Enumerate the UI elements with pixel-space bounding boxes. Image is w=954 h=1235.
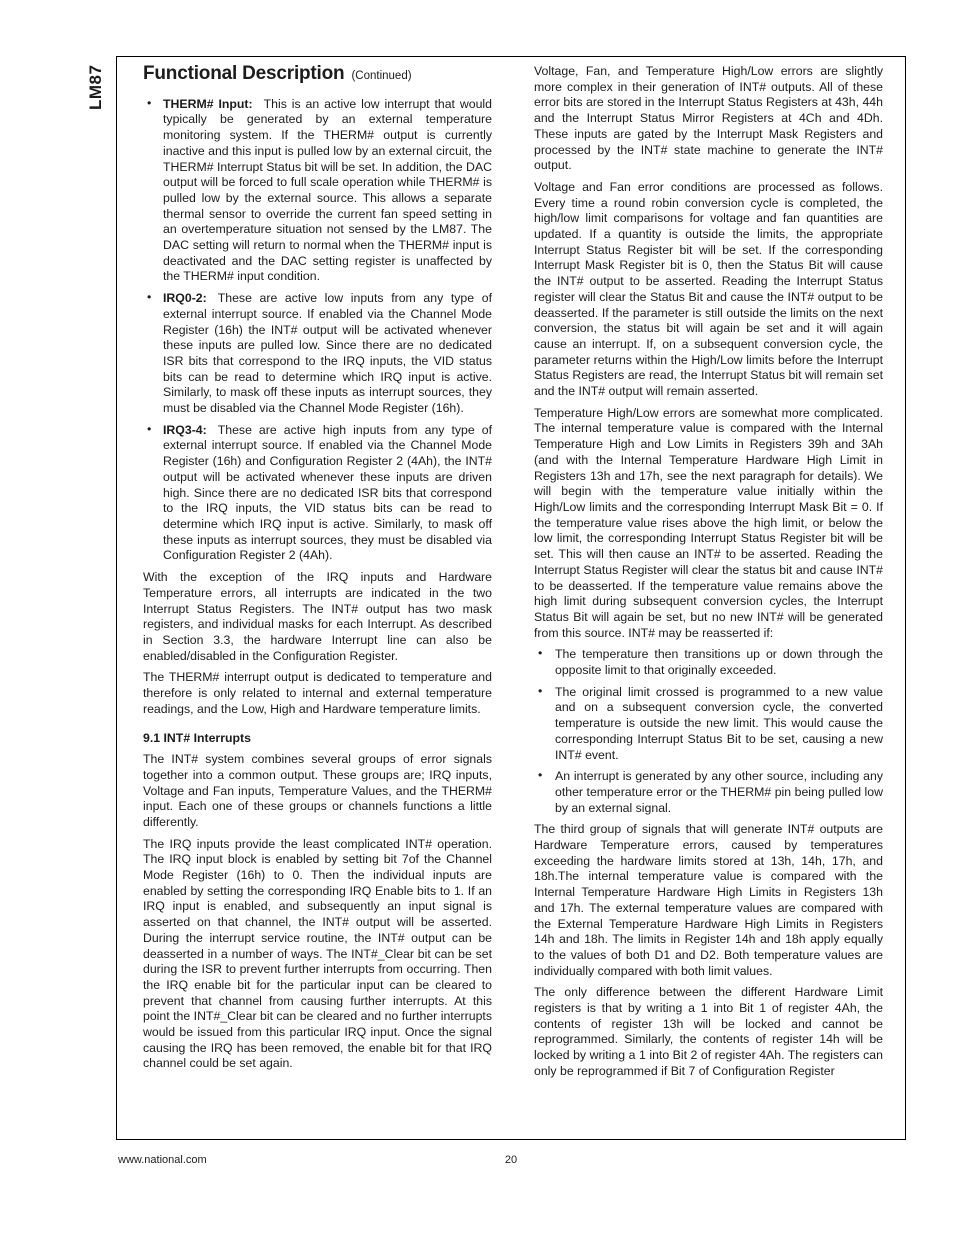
bullet-item: • An interrupt is generated by any other… — [534, 769, 883, 816]
paragraph: With the exception of the IRQ inputs and… — [143, 570, 492, 664]
bullet-item-irq3-4: • IRQ3-4:These are active high inputs fr… — [143, 423, 492, 564]
paragraph: The third group of signals that will gen… — [534, 822, 883, 979]
bullet-text: These are active high inputs from any ty… — [163, 423, 492, 563]
page-border-frame: Functional Description(Continued) • THER… — [116, 56, 906, 1140]
bullet-icon: • — [538, 684, 542, 700]
page-title-text: Functional Description — [143, 63, 344, 84]
bullet-item-irq0-2: • IRQ0-2:These are active low inputs fro… — [143, 291, 492, 417]
bullet-item-therm-input: • THERM# Input:This is an active low int… — [143, 97, 492, 285]
bullet-icon: • — [538, 646, 542, 662]
bullet-lead: IRQ3-4: — [163, 423, 207, 437]
bullet-icon: • — [147, 290, 151, 306]
page-title-continued: (Continued) — [351, 70, 411, 82]
paragraph: Voltage and Fan error conditions are pro… — [534, 180, 883, 400]
bullet-icon: • — [147, 422, 151, 438]
bullet-text: These are active low inputs from any typ… — [163, 291, 492, 415]
bullet-lead: THERM# Input: — [163, 97, 253, 111]
bullet-text: The temperature then transitions up or d… — [555, 647, 883, 677]
paragraph: The INT# system combines several groups … — [143, 752, 492, 831]
bullet-item: • The temperature then transitions up or… — [534, 647, 883, 678]
bullet-icon: • — [147, 96, 151, 112]
bullet-text: An interrupt is generated by any other s… — [555, 769, 883, 814]
paragraph: The IRQ inputs provide the least complic… — [143, 837, 492, 1073]
footer-page-number: 20 — [116, 1154, 906, 1166]
bullet-text: This is an active low interrupt that wou… — [163, 97, 492, 284]
part-number-side-label: LM87 — [86, 50, 106, 110]
paragraph: Voltage, Fan, and Temperature High/Low e… — [534, 64, 883, 174]
bullet-lead: IRQ0-2: — [163, 291, 207, 305]
right-column: Voltage, Fan, and Temperature High/Low e… — [534, 64, 883, 1086]
paragraph: The only difference between the differen… — [534, 985, 883, 1079]
bullet-text: The original limit crossed is programmed… — [555, 685, 883, 762]
section-heading-int-interrupts: 9.1 INT# Interrupts — [143, 731, 492, 747]
left-column: Functional Description(Continued) • THER… — [143, 64, 492, 1078]
bullet-item: • The original limit crossed is programm… — [534, 685, 883, 764]
bullet-icon: • — [538, 768, 542, 784]
page-title: Functional Description(Continued) — [143, 64, 492, 85]
paragraph: Temperature High/Low errors are somewhat… — [534, 406, 883, 642]
paragraph: The THERM# interrupt output is dedicated… — [143, 670, 492, 717]
